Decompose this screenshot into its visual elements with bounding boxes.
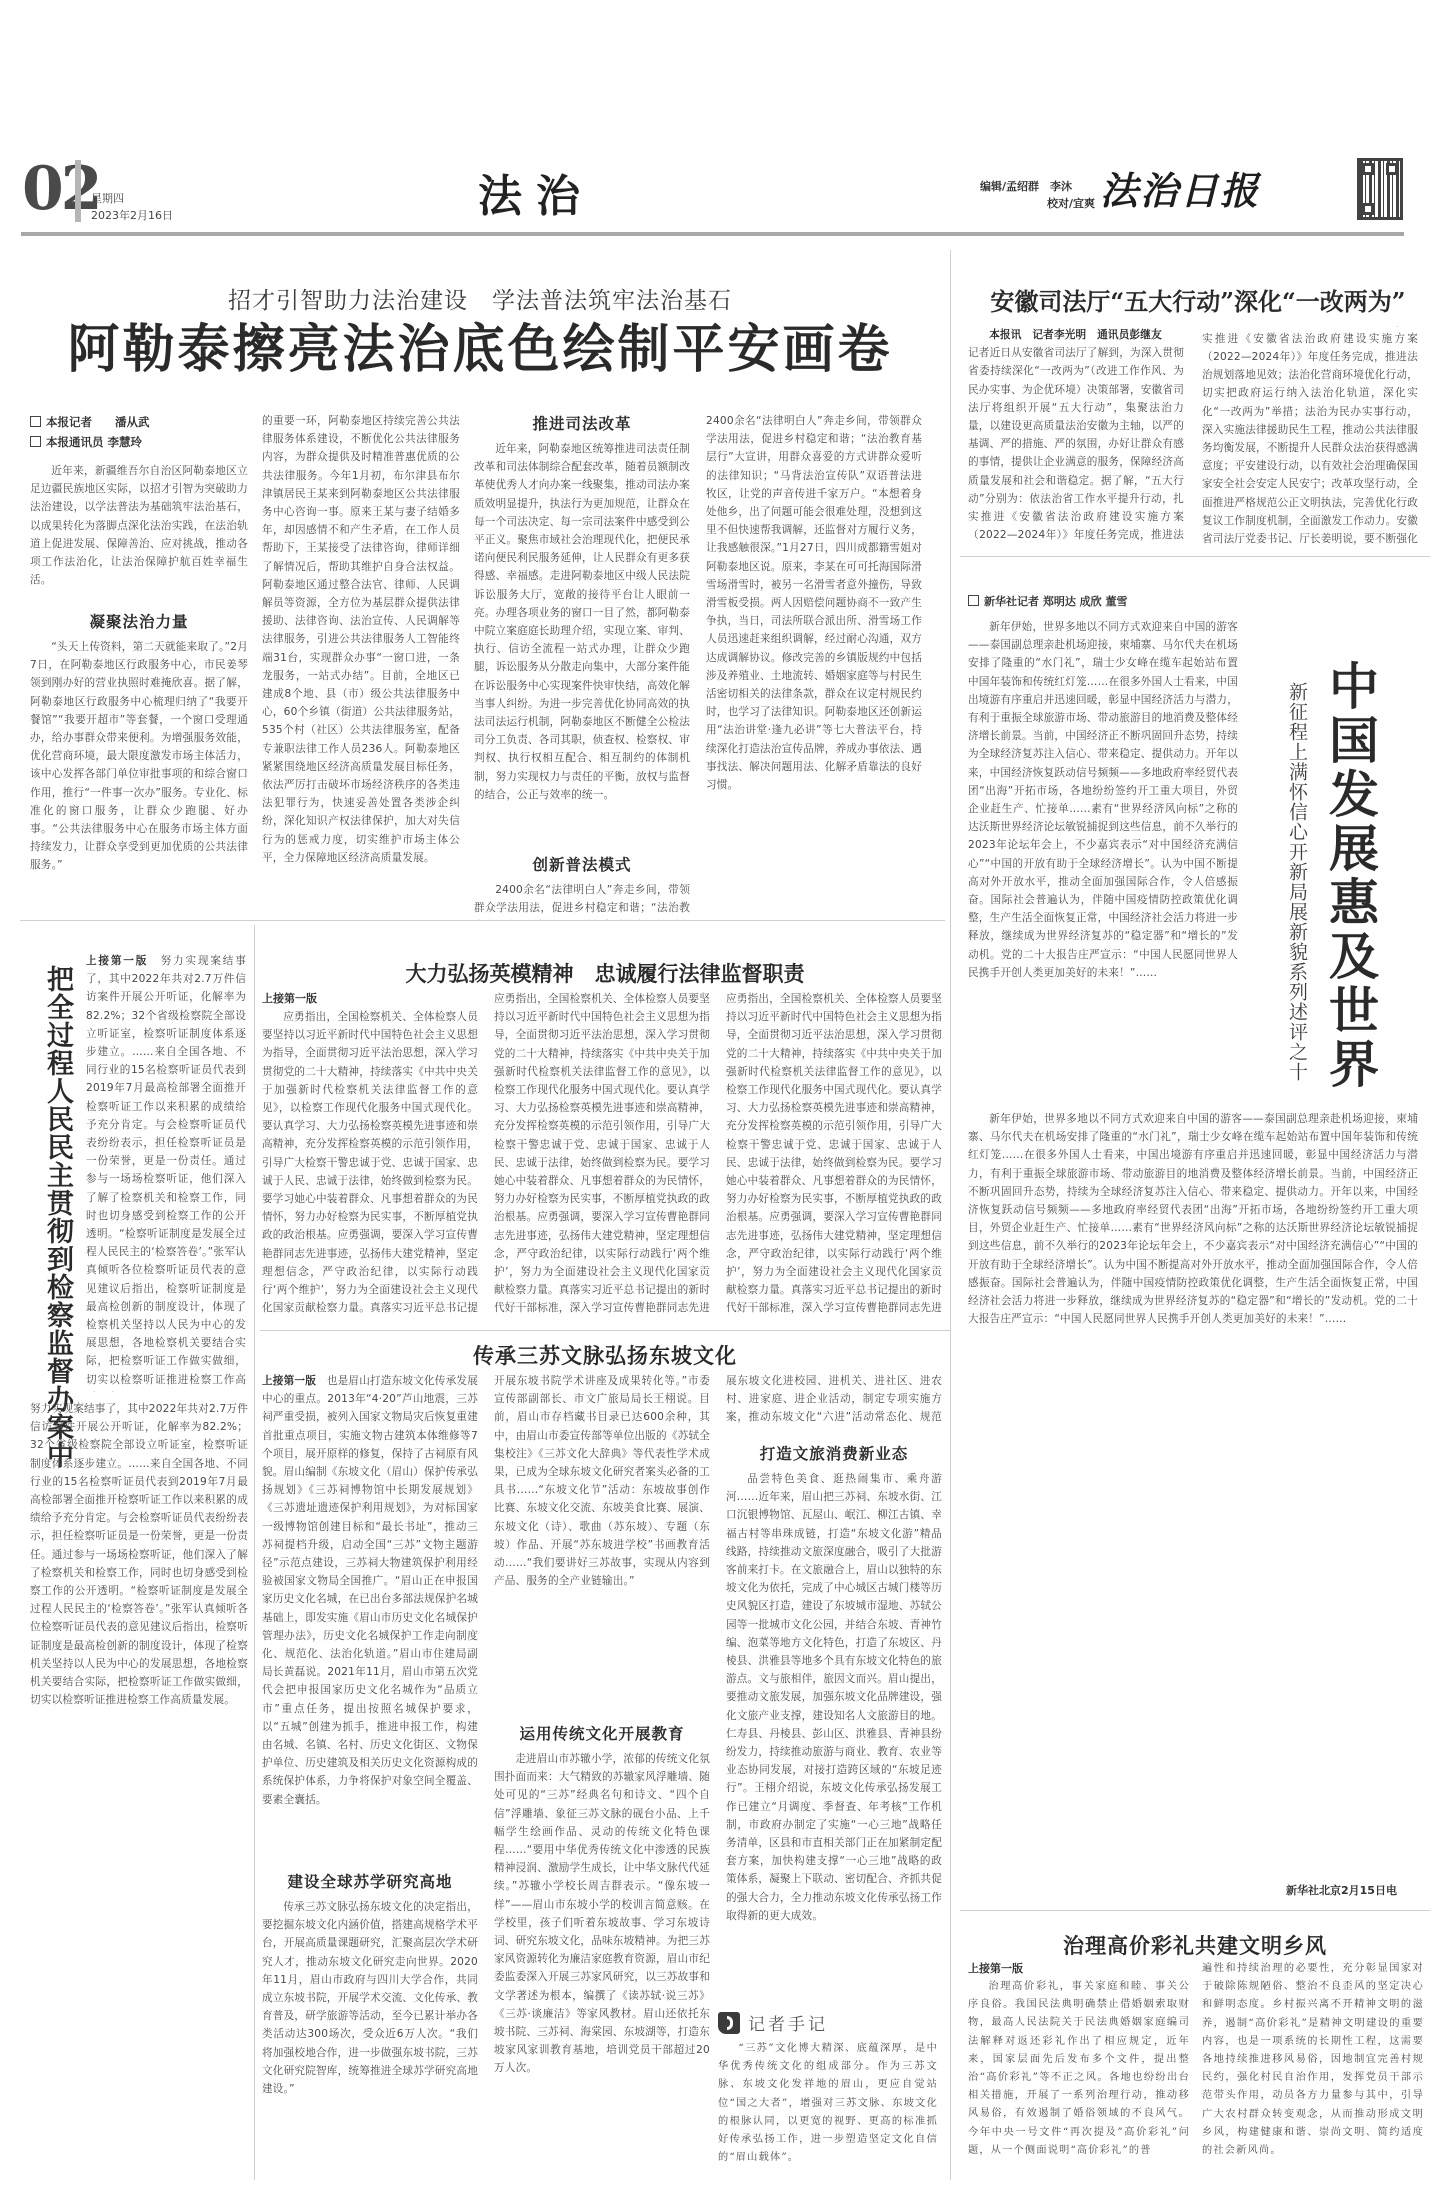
weekday: 星期四 bbox=[91, 190, 124, 206]
section-heading: 创新普法模式 bbox=[474, 853, 690, 875]
yingmo-story-headline: 大力弘扬英模精神 忠诚履行法律监督职责 bbox=[260, 958, 950, 988]
anhui-story-col-1: 本报讯 记者李光明 通讯员彭继友 记者近日从安徽省司法厅了解到，为深入贯彻省委持… bbox=[968, 326, 1184, 546]
lead-label: 本报讯 bbox=[989, 329, 1021, 341]
sansu-story-headline: 传承三苏文脉弘扬东坡文化 bbox=[260, 1340, 950, 1370]
lead-story-headline: 阿勒泰擦亮法治底色绘制平安画卷 bbox=[0, 318, 960, 382]
lead-label: 上接第一版 bbox=[968, 1960, 1190, 1978]
anhui-story-headline: 安徽司法厅“五大行动”深化“一改两为” bbox=[968, 282, 1428, 317]
note-label-row: 记者手记 bbox=[718, 2010, 828, 2035]
anhui-story-text: 记者近日从安徽省司法厅了解到，为深入贯彻省委持续深化“一改两为”（改进工作作风、… bbox=[968, 344, 1184, 546]
page-number-divider bbox=[75, 160, 81, 222]
section-divider bbox=[960, 1910, 1430, 1911]
jiancha-story-col-top: 上接第一版 努力实现案结事了，其中2022年共对2.7万件信访案件开展公开听证，… bbox=[86, 952, 246, 1392]
lead-story-intro: 近年来，新疆维吾尔自治区阿勒泰地区立足边疆民族地区实际，以招才引智为突破助力法治… bbox=[30, 462, 248, 602]
yingmo-story-col-2: 应勇指出，全国检察机关、全体检察人员要坚持以习近平新时代中国特色社会主义思想为指… bbox=[494, 990, 710, 1320]
caili-story-text-left: 治理高价彩礼，事关家庭和睦、事关公序良俗。我国民法典明确禁止借婚姻索取财物，最高… bbox=[968, 1978, 1190, 2178]
reporters: 记者李光明 通讯员彭继友 bbox=[1032, 329, 1162, 341]
jiancha-vertical-headline: 把全过程人民民主贯彻到检察监督办案中 bbox=[40, 965, 74, 1469]
xinhua-story-col-2: 新年伊始，世界多地以不同方式欢迎来自中国的游客——泰国副总理亲赴机场迎接，柬埔寨… bbox=[968, 1110, 1418, 1880]
yingmo-story-col-1: 上接第一版 应勇指出，全国检察机关、全体检察人员要坚持以习近平新时代中国特色社会… bbox=[262, 990, 478, 1320]
lead-story-kicker: 招才引智助力法治建设 学法普法筑牢法治基石 bbox=[0, 282, 960, 315]
sansu-story-col-3: 展东坡文化进校园、进机关、进社区、进农村、进家庭、进企业活动，制定专项实施方案，… bbox=[726, 1372, 942, 2012]
jiancha-story-col-bottom: 努力实现案结事了，其中2022年共对2.7万件信访案件开展公开听证，化解率为82… bbox=[30, 1400, 248, 2180]
proof-line: 校对/宜爽 bbox=[1010, 195, 1095, 211]
sansu-story-text: 走进眉山市苏辙小学，浓郁的传统文化氛围扑面而来：大气精致的苏辙家风浮雕墙、随处可… bbox=[494, 1750, 710, 2180]
byline-correspondent: 本报通讯员 李慧玲 bbox=[30, 432, 248, 452]
byline-box-icon bbox=[30, 436, 41, 447]
qr-code-icon bbox=[1357, 158, 1403, 220]
pen-icon bbox=[718, 2012, 740, 2034]
lead-story-col-3: 推进司法改革 近年来，阿勒泰地区统筹推进司法责任制改革和司法体制综合配套改革，随… bbox=[474, 412, 690, 902]
section-heading: 凝聚法治力量 bbox=[30, 610, 248, 632]
xinhua-headline-vertical: 中国发展惠及世界 bbox=[1322, 660, 1378, 1092]
section-divider bbox=[960, 556, 1430, 557]
lead-label: 上接第一版 bbox=[262, 1375, 316, 1387]
xinhua-series-title-vertical: 新征程上满怀信心开新局展新貌系列述评之十 bbox=[1286, 682, 1308, 1082]
note-label: 记者手记 bbox=[748, 2010, 828, 2035]
paper-name-logo: 法治日报 bbox=[1100, 160, 1260, 215]
section-divider bbox=[260, 1330, 950, 1331]
editor-line: 编辑/孟绍群 李沐 bbox=[980, 178, 1072, 194]
column-divider bbox=[950, 250, 951, 2180]
xinhua-dateline: 新华社北京2月15日电 bbox=[1286, 1882, 1397, 1898]
lead-story-col-4: 2400余名“法律明白人”奔走乡间，带领群众学法用法，促进乡村稳定和谐；“法治教… bbox=[706, 412, 922, 902]
caili-story-col-1: 上接第一版 治理高价彩礼，事关家庭和睦、事关公序良俗。我国民法典明确禁止借婚姻索… bbox=[968, 1960, 1190, 2180]
sansu-story-text: 上接第一版 也是眉山打造东坡文化传承发展中心的重点。2013年“4·20”芦山地… bbox=[262, 1372, 478, 1862]
section-heading: 运用传统文化开展教育 bbox=[494, 1722, 710, 1744]
page-number: 02 bbox=[22, 156, 100, 222]
section-divider bbox=[20, 920, 945, 921]
lead-story-col-2: 的重要一环，阿勒泰地区持续完善公共法律服务体系建设，不断优化公共法律服务内容，为… bbox=[262, 412, 460, 890]
sansu-story-text: 品尝特色美食、逛热闹集市、乘舟游河……近年来，眉山把三苏祠、东坡水街、江口沉银博… bbox=[726, 1470, 942, 2010]
section-title: 法治 bbox=[478, 160, 594, 224]
lead-label: 上接第一版 bbox=[262, 990, 478, 1008]
reporter-note: 记者手记 “三苏”文化博大精深、底蕴深厚，是中华优秀传统文化的组成部分。作为三苏… bbox=[712, 2010, 944, 2180]
byline-box-icon bbox=[968, 595, 979, 606]
lead-story-col-1: 本报记者 潘从武 本报通讯员 李慧玲 近年来，新疆维吾尔自治区阿勒泰地区立足边疆… bbox=[30, 412, 248, 890]
sansu-story-text: 传承三苏文脉弘扬东坡文化的决定指出，要挖掘东坡文化内涵价值，搭建高规格学术平台，… bbox=[262, 1898, 478, 2178]
lead-story-section-text: 2400余名“法律明白人”奔走乡间，带领群众学法用法，促进乡村稳定和谐；“法治教… bbox=[474, 881, 690, 921]
masthead: 02 星期四 2023年2月16日 法治 编辑/孟绍群 李沐 校对/宜爽 法治日… bbox=[0, 150, 1440, 240]
section-heading: 打造文旅消费新业态 bbox=[726, 1442, 942, 1464]
xinhua-byline: 新华社记者 郑明达 成欣 董雪 bbox=[968, 592, 1238, 612]
byline-box-icon bbox=[30, 416, 41, 427]
lead-story-section-text: “头天上传资料，第二天就能来取了。”2月7日，在阿勒泰地区行政服务中心，市民姜琴… bbox=[30, 638, 248, 888]
anhui-story-col-2: 记者近日从安徽省司法厅了解到，为深入贯彻省委持续深化“一改两为”（改进工作作风、… bbox=[1202, 326, 1418, 546]
yingmo-story-text: 应勇指出，全国检察机关、全体检察人员要坚持以习近平新时代中国特色社会主义思想为指… bbox=[262, 1008, 478, 1318]
sansu-story-text: 展东坡文化进校园、进机关、进社区、进农村、进家庭、进企业活动，制定专项实施方案，… bbox=[726, 1372, 942, 1428]
lead-label: 上接第一版 bbox=[86, 955, 148, 967]
sansu-story-col-2: 开展东坡书院学术讲座及成果转化等。”市委宣传部副部长、市文广旅局局长王栩说。目前… bbox=[494, 1372, 710, 2182]
sansu-story-col-1: 上接第一版 也是眉山打造东坡文化传承发展中心的重点。2013年“4·20”芦山地… bbox=[262, 1372, 478, 2182]
section-heading: 推进司法改革 bbox=[474, 412, 690, 434]
caili-story-headline: 治理高价彩礼共建文明乡风 bbox=[960, 1930, 1430, 1960]
sansu-story-text: 开展东坡书院学术讲座及成果转化等。”市委宣传部副部长、市文广旅局局长王栩说。目前… bbox=[494, 1372, 710, 1714]
column-divider bbox=[254, 925, 255, 2180]
yingmo-story-col-3: 应勇指出，全国检察机关、全体检察人员要坚持以习近平新时代中国特色社会主义思想为指… bbox=[726, 990, 942, 1320]
section-heading: 建设全球苏学研究高地 bbox=[262, 1870, 478, 1892]
issue-date: 2023年2月16日 bbox=[91, 207, 173, 223]
caili-story-col-2: 遍性和持续治理的必要性，充分彰显国家对于破除陈规陋俗、整治不良歪风的坚定决心和鲜… bbox=[1202, 1960, 1424, 2180]
lead-story-section-text: 近年来，阿勒泰地区统筹推进司法责任制改革和司法体制综合配套改革，随着员额制改革使… bbox=[474, 440, 690, 845]
anhui-story-text-cont: 记者近日从安徽省司法厅了解到，为深入贯彻省委持续深化“一改两为”（改进工作作风、… bbox=[1202, 326, 1418, 546]
byline-reporter: 本报记者 潘从武 bbox=[30, 412, 248, 432]
masthead-rule bbox=[21, 232, 1404, 236]
note-text: “三苏”文化博大精深、底蕴深厚，是中华优秀传统文化的组成部分。作为三苏文脉、东坡… bbox=[718, 2040, 938, 2170]
